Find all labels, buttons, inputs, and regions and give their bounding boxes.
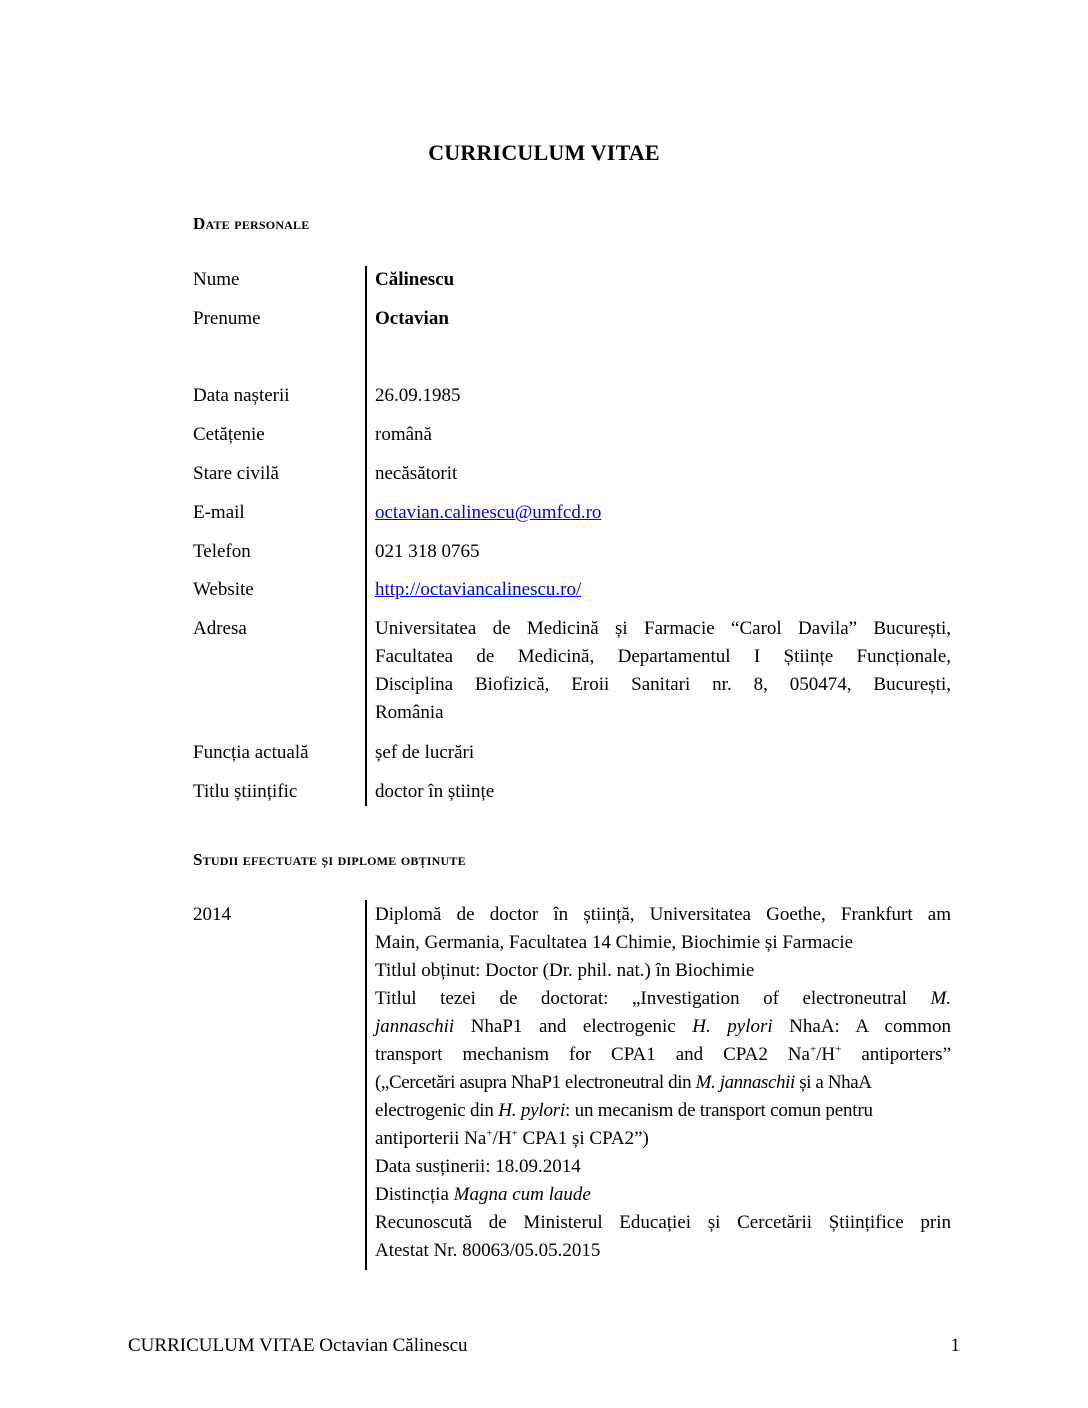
value-phone: 021 318 0765 <box>375 538 951 566</box>
website-link[interactable]: http://octaviancalinescu.ro/ <box>375 579 581 600</box>
column-divider <box>365 266 367 806</box>
label-firstname: Prenume <box>193 305 363 333</box>
study-year: 2014 <box>193 901 363 929</box>
document-title: CURRICULUM VITAE <box>0 140 1088 166</box>
label-website: Website <box>193 576 363 604</box>
footer-text: CURRICULUM VITAE Octavian Călinescu <box>128 1335 468 1356</box>
section-heading-studies: Studii efectuate și diplome obținute <box>193 850 466 870</box>
label-address: Adresa <box>193 615 363 643</box>
value-position: șef de lucrări <box>375 739 951 767</box>
page-footer: CURRICULUM VITAE Octavian Călinescu 1 <box>128 1335 960 1357</box>
label-birthdate: Data nașterii <box>193 382 363 410</box>
value-name: Călinescu <box>375 266 951 294</box>
section-heading-personal: Date personale <box>193 214 309 234</box>
email-link[interactable]: octavian.calinescu@umfcd.ro <box>375 502 601 523</box>
page-number: 1 <box>951 1335 961 1357</box>
value-address: Universitatea de Medicină și Farmacie “C… <box>375 615 951 727</box>
value-birthdate: 26.09.1985 <box>375 382 951 410</box>
label-degree: Titlu științific <box>193 778 363 806</box>
column-divider-studies <box>365 900 367 1270</box>
study-details: Diplomă de doctor în știință, Universita… <box>375 901 951 1265</box>
value-citizenship: română <box>375 421 951 449</box>
label-citizenship: Cetățenie <box>193 421 363 449</box>
label-email: E-mail <box>193 499 363 527</box>
label-name: Nume <box>193 266 363 294</box>
label-civil-status: Stare civilă <box>193 460 363 488</box>
value-firstname: Octavian <box>375 305 951 333</box>
value-degree: doctor în științe <box>375 778 951 806</box>
value-civil-status: necăsătorit <box>375 460 951 488</box>
label-phone: Telefon <box>193 538 363 566</box>
label-position: Funcția actuală <box>193 739 363 767</box>
